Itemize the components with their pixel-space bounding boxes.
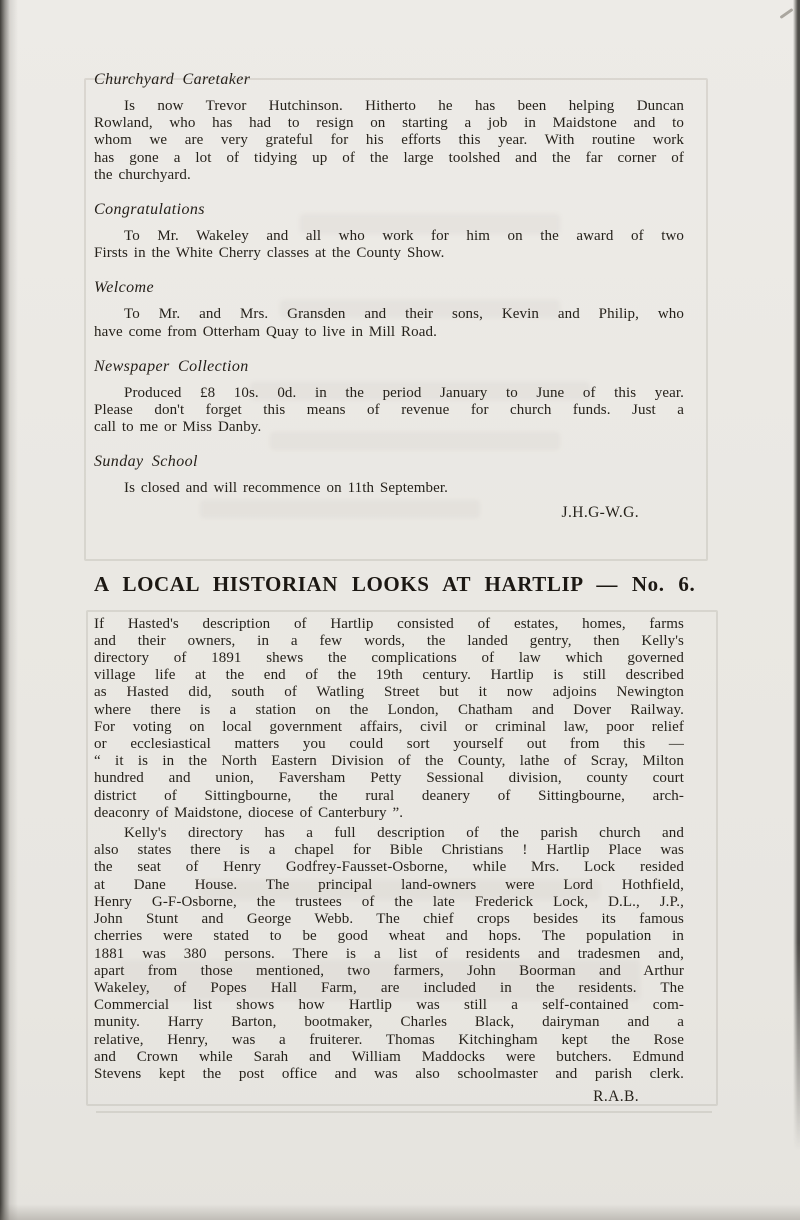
- text-line: whom we are very grateful for his effort…: [94, 132, 684, 149]
- text-line: Stevens kept the post office and was als…: [94, 1066, 684, 1083]
- page-content: Churchyard Caretaker Is now Trevor Hutch…: [94, 70, 684, 1105]
- section-paragraph: Is now Trevor Hutchinson. Hitherto he ha…: [94, 98, 684, 184]
- notes-signature: J.H.G-W.G.: [94, 504, 684, 521]
- text-line: John Stunt and George Webb. The chief cr…: [94, 911, 684, 928]
- text-line: For voting on local government affairs, …: [94, 719, 684, 736]
- article-headline: A LOCAL HISTORIAN LOOKS AT HARTLIP — No.…: [94, 572, 684, 596]
- text-line: Kelly's directory has a full description…: [94, 825, 684, 842]
- scanned-page: Churchyard Caretaker Is now Trevor Hutch…: [0, 0, 800, 1220]
- text-line: or ecclesiastical matters you could sort…: [94, 736, 684, 753]
- text-line: the churchyard.: [94, 167, 684, 184]
- text-line: 1881 was 380 persons. There is a list of…: [94, 946, 684, 963]
- text-line: “ it is in the North Eastern Division of…: [94, 753, 684, 770]
- text-line: Commercial list shows how Hartlip was st…: [94, 997, 684, 1014]
- section-heading: Churchyard Caretaker: [94, 70, 684, 90]
- article-paragraph: If Hasted's description of Hartlip consi…: [94, 616, 684, 822]
- text-line: at Dane House. The principal land-owners…: [94, 877, 684, 894]
- text-line: and Crown while Sarah and William Maddoc…: [94, 1049, 684, 1066]
- section-heading: Newspaper Collection: [94, 357, 684, 377]
- text-line: Produced £8 10s. 0d. in the period Janua…: [94, 385, 684, 402]
- notes-section: Congratulations To Mr. Wakeley and all w…: [94, 200, 684, 262]
- text-line: Firsts in the White Cherry classes at th…: [94, 245, 684, 262]
- text-line: munity. Harry Barton, bootmaker, Charles…: [94, 1014, 684, 1031]
- parish-notes: Churchyard Caretaker Is now Trevor Hutch…: [94, 70, 684, 498]
- text-line: deaconry of Maidstone, diocese of Canter…: [94, 805, 684, 822]
- text-line: and their owners, in a few words, the la…: [94, 633, 684, 650]
- text-line: Rowland, who has had to resign on starti…: [94, 115, 684, 132]
- text-line: also states there is a chapel for Bible …: [94, 842, 684, 859]
- text-line: To Mr. and Mrs. Gransden and their sons,…: [94, 306, 684, 323]
- text-line: directory of 1891 shews the complication…: [94, 650, 684, 667]
- text-line: Is closed and will recommence on 11th Se…: [94, 480, 684, 497]
- article-signature: R.A.B.: [94, 1088, 684, 1105]
- text-line: has gone a lot of tidying up of the larg…: [94, 150, 684, 167]
- section-heading: Congratulations: [94, 200, 684, 220]
- article-body: If Hasted's description of Hartlip consi…: [94, 616, 684, 1083]
- scan-speck: [779, 8, 793, 19]
- section-heading: Welcome: [94, 278, 684, 298]
- text-line: where there is a station on the London, …: [94, 702, 684, 719]
- text-line: Please don't forget this means of revenu…: [94, 402, 684, 419]
- page-left-edge-shadow: [0, 0, 18, 1220]
- page-right-edge-shadow: [793, 0, 800, 1150]
- text-line: village life at the end of the 19th cent…: [94, 667, 684, 684]
- notes-section: Newspaper Collection Produced £8 10s. 0d…: [94, 357, 684, 437]
- text-line: apart from those mentioned, two farmers,…: [94, 963, 684, 980]
- notes-section: Welcome To Mr. and Mrs. Gransden and the…: [94, 278, 684, 340]
- text-line: district of Sittingbourne, the rural dea…: [94, 788, 684, 805]
- article-paragraph: Kelly's directory has a full description…: [94, 825, 684, 1083]
- text-line: Wakeley, of Popes Hall Farm, are include…: [94, 980, 684, 997]
- notes-section: Churchyard Caretaker Is now Trevor Hutch…: [94, 70, 684, 184]
- text-line: as Hasted did, south of Watling Street b…: [94, 684, 684, 701]
- text-line: If Hasted's description of Hartlip consi…: [94, 616, 684, 633]
- section-heading: Sunday School: [94, 452, 684, 472]
- text-line: Henry G-F-Osborne, the trustees of the l…: [94, 894, 684, 911]
- text-line: call to me or Miss Danby.: [94, 419, 684, 436]
- text-line: cherries were stated to be good wheat an…: [94, 928, 684, 945]
- notes-section: Sunday School Is closed and will recomme…: [94, 452, 684, 497]
- text-line: have come from Otterham Quay to live in …: [94, 324, 684, 341]
- section-paragraph: To Mr. Wakeley and all who work for him …: [94, 228, 684, 262]
- text-line: Is now Trevor Hutchinson. Hitherto he ha…: [94, 98, 684, 115]
- bleed-through-line: [96, 1111, 712, 1113]
- text-line: To Mr. Wakeley and all who work for him …: [94, 228, 684, 245]
- section-paragraph: Is closed and will recommence on 11th Se…: [94, 480, 684, 497]
- page-bottom-edge-shadow: [0, 1204, 800, 1220]
- text-line: hundred and union, Faversham Petty Sessi…: [94, 770, 684, 787]
- section-paragraph: Produced £8 10s. 0d. in the period Janua…: [94, 385, 684, 437]
- text-line: the seat of Henry Godfrey-Fausset-Osborn…: [94, 859, 684, 876]
- text-line: relative, Henry, was a fruiterer. Thomas…: [94, 1032, 684, 1049]
- section-paragraph: To Mr. and Mrs. Gransden and their sons,…: [94, 306, 684, 340]
